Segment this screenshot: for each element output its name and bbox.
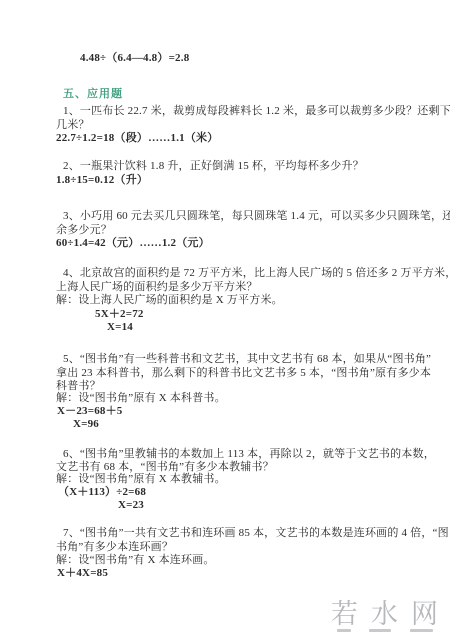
question-1-answer: 22.7÷1.2=18（段）……1.1（米） [56, 132, 218, 145]
question-4-equation-1: 5X＋2=72 [95, 308, 144, 321]
question-6-equation-2: X=23 [118, 499, 144, 512]
question-1-line-2: 几米？ [56, 119, 90, 132]
question-6-line-1: 6、“图书角”里教辅书的本数加上 113 本，再除以 2，就等于文艺书的本数， [63, 448, 435, 461]
question-1-line-1: 1、一匹布长 22.7 米，裁剪成每段裤料长 1.2 米，最多可以裁剪多少段？还… [63, 105, 450, 118]
question-3-answer: 60÷1.4=42（元）……1.2（元） [56, 237, 210, 250]
watermark-subtext-mark [337, 629, 351, 632]
question-5-line-2: 拿出 23 本科普书，那么剩下的科普书比文艺书多 5 本，“图书角”原有多少本 [56, 367, 431, 380]
question-6-equation-1: （X＋113）÷2=68 [58, 486, 146, 499]
question-7-line-2: 书角”有多少本连环画？ [56, 541, 173, 554]
question-4-solve-statement: 解：设上海人民广场的面积约是 X 万平方米。 [56, 294, 283, 307]
question-5-solve-statement: 解：设“图书角”原有 X 本科普书。 [56, 392, 226, 405]
watermark-logo: 若水网 [331, 592, 450, 631]
top-equation: 4.48÷（6.4—4.8）=2.8 [80, 52, 189, 65]
question-4-line-2: 上海人民广场的面积约是多少万平方米？ [56, 281, 258, 294]
question-2-answer: 1.8÷15=0.12（升） [56, 174, 148, 187]
worksheet-page: 4.48÷（6.4—4.8）=2.8 五、应用题 1、一匹布长 22.7 米，裁… [0, 0, 450, 636]
watermark-subtext-mark [369, 629, 391, 632]
question-6-solve-statement: 解：设“图书角”原有 X 本教辅书。 [56, 473, 226, 486]
question-2-line-1: 2、一瓶果汁饮料 1.8 升，正好倒满 15 杯，平均每杯多少升？ [63, 160, 364, 173]
section-title: 五、应用题 [63, 88, 123, 101]
question-7-equation-1: X＋4X=85 [57, 567, 108, 580]
question-5-equation-2: X=96 [73, 418, 99, 431]
question-5-equation-1: X－23=68＋5 [57, 405, 123, 418]
question-5-line-1: 5、“图书角”有一些科普书和文艺书，其中文艺书有 68 本，如果从“图书角” [63, 353, 431, 366]
question-7-solve-statement: 解：设“图书角”有 X 本连环画。 [56, 554, 215, 567]
question-7-line-1: 7、“图书角”一共有文艺书和连环画 85 本，文艺书的本数是连环画的 4 倍，“… [63, 527, 449, 540]
question-4-equation-2: X=14 [107, 321, 133, 334]
watermark-subtext-mark [410, 629, 433, 632]
question-3-line-2: 余多少元？ [56, 224, 112, 237]
question-4-line-1: 4、北京故宫的面积约是 72 万平方米，比上海人民广场的 5 倍还多 2 万平方… [63, 267, 450, 280]
question-3-line-1: 3、小巧用 60 元去买几只圆珠笔，每只圆珠笔 1.4 元，可以买多少只圆珠笔，… [63, 210, 450, 223]
